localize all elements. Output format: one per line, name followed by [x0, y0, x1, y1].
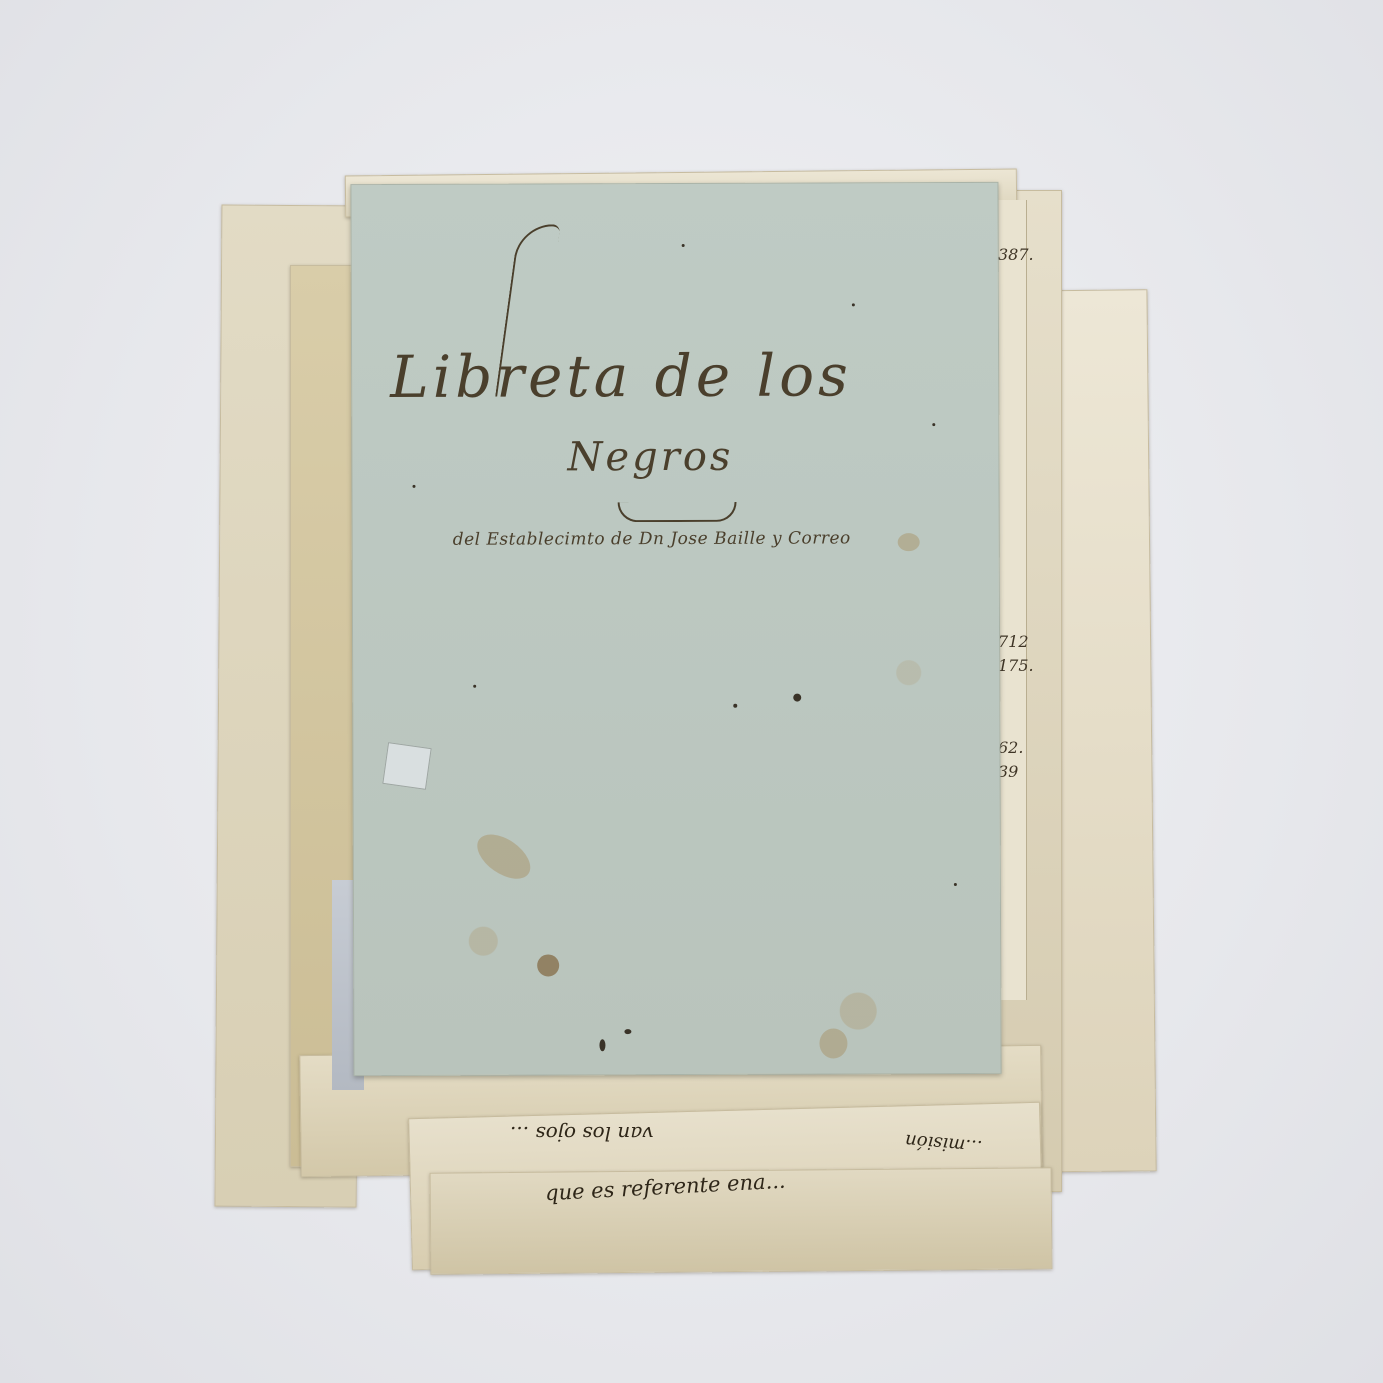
- ink-speck: [473, 685, 476, 688]
- cover-subtitle: del Establecimto de Dn Jose Baille y Cor…: [453, 528, 851, 549]
- ink-speck: [599, 1039, 605, 1051]
- edge-number: 175.: [998, 656, 1034, 675]
- ink-speck: [852, 303, 855, 306]
- edge-number: 387.: [998, 245, 1034, 264]
- ink-speck: [954, 883, 957, 886]
- stain: [819, 1028, 847, 1058]
- ink-speck: [412, 485, 415, 488]
- lower-sheet-handwriting-inverted: van los ojos ...: [510, 1122, 654, 1146]
- notebook-cover: Libreta de los Negros del Establecimto d…: [350, 182, 1001, 1076]
- torn-paper-patch: [382, 742, 431, 790]
- ink-speck: [932, 423, 935, 426]
- ink-speck: [733, 704, 737, 708]
- stain: [898, 533, 920, 551]
- stain: [537, 954, 559, 976]
- edge-number: 62.: [998, 738, 1023, 757]
- stain: [469, 826, 538, 888]
- title-underline-flourish: [618, 502, 737, 522]
- cover-title-line1: Libreta de los: [390, 341, 852, 411]
- ink-speck: [793, 694, 801, 702]
- ink-speck: [682, 244, 685, 247]
- edge-number: 712: [998, 632, 1029, 651]
- cover-title-line2: Negros: [567, 434, 733, 481]
- edge-number: 39: [998, 762, 1018, 781]
- ink-speck: [624, 1029, 631, 1034]
